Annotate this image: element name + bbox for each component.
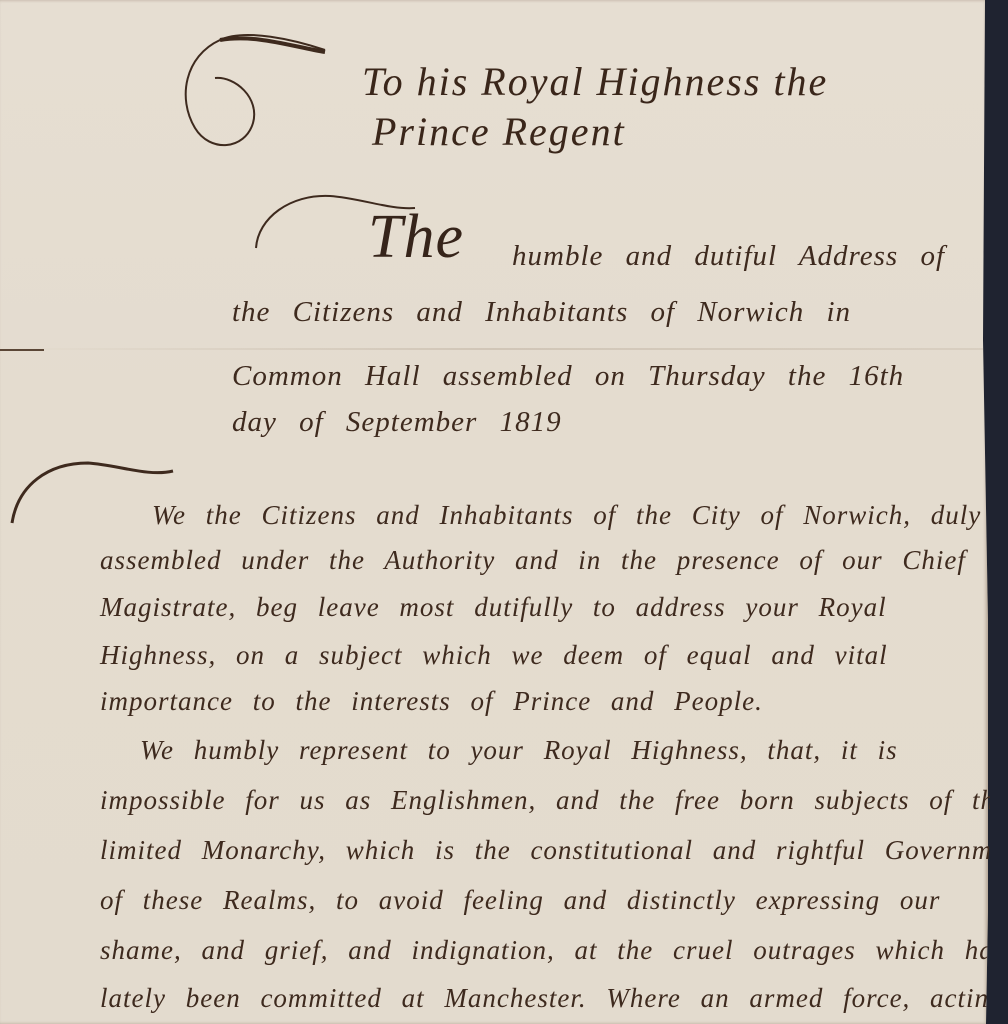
paragraph-1-line-4: Highness, on a subject which we deem of … xyxy=(100,640,888,671)
address-heading-line-2: the Citizens and Inhabitants of Norwich … xyxy=(232,296,851,329)
address-heading-line-3: Common Hall assembled on Thursday the 16… xyxy=(232,360,904,393)
paragraph-2-line-4: of these Realms, to avoid feeling and di… xyxy=(100,885,940,916)
paper-fold-line xyxy=(0,348,988,350)
title-line-2: Prince Regent xyxy=(372,108,626,155)
paragraph-1-line-5: importance to the interests of Prince an… xyxy=(100,686,763,717)
address-heading-line-4: day of September 1819 xyxy=(232,406,562,439)
paragraph-1-line-1: We the Citizens and Inhabitants of the C… xyxy=(152,500,981,531)
address-intro-word: The xyxy=(368,202,464,273)
paragraph-2-line-5: shame, and grief, and indignation, at th… xyxy=(100,935,1008,966)
paragraph-2-line-6: lately been committed at Manchester. Whe… xyxy=(100,983,1004,1014)
paragraph-2-line-3: limited Monarchy, which is the constitut… xyxy=(100,835,1008,866)
title-flourish-icon xyxy=(175,28,335,158)
paragraph-1-line-3: Magistrate, beg leave most dutifully to … xyxy=(100,592,887,623)
paragraph-1-line-2: assembled under the Authority and in the… xyxy=(100,545,966,576)
address-heading-line-1: humble and dutiful Address of xyxy=(512,240,945,273)
margin-ink-mark xyxy=(0,349,44,351)
title-line-1: To his Royal Highness the xyxy=(362,58,828,105)
manuscript-page: To his Royal Highness the Prince Regent … xyxy=(0,0,988,1024)
paragraph-2-line-1: We humbly represent to your Royal Highne… xyxy=(140,735,898,766)
paragraph-2-line-2: impossible for us as Englishmen, and the… xyxy=(100,785,1008,816)
